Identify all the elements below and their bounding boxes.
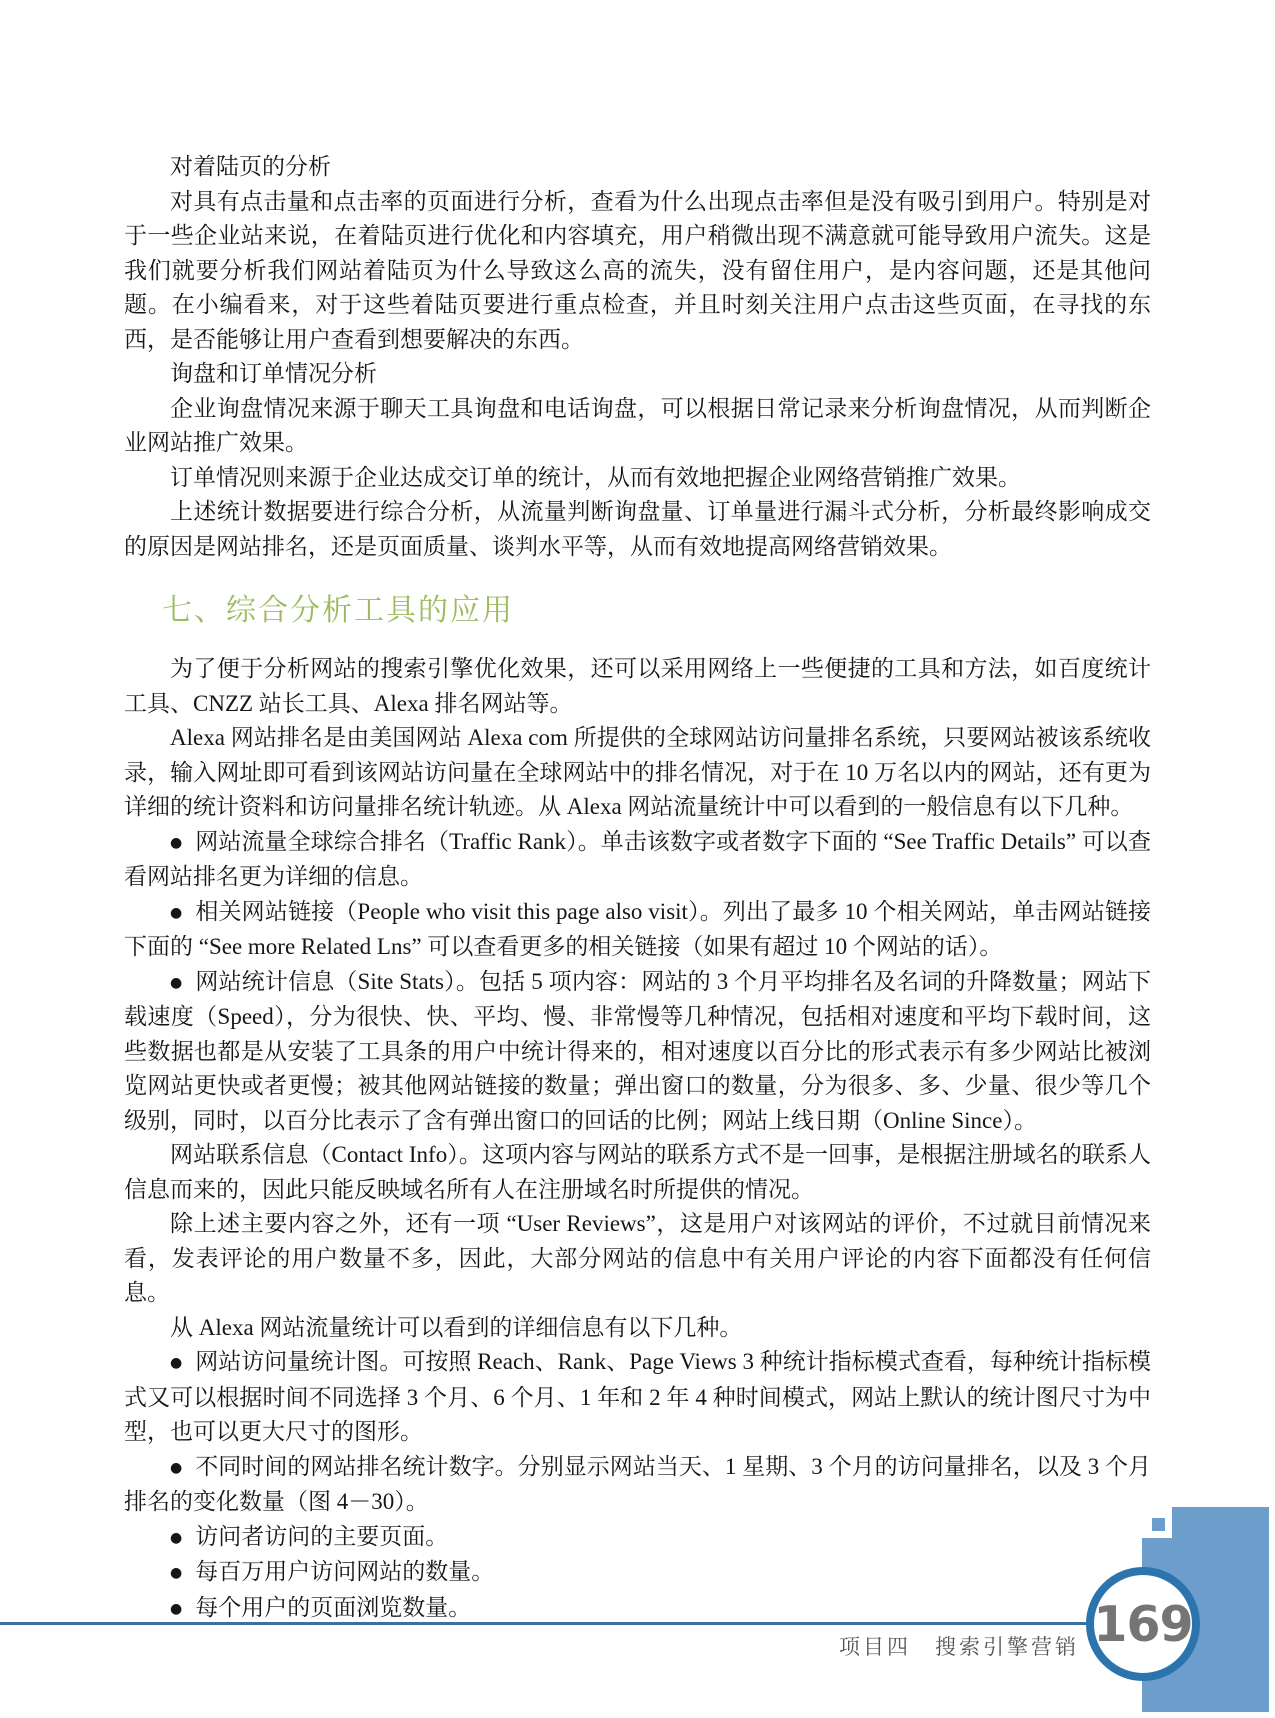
- list-item: ●网站访问量统计图。可按照 Reach、Rank、Page Views 3 种统…: [124, 1345, 1151, 1450]
- decorative-blue-square: [1152, 1518, 1165, 1531]
- bullet-icon: ●: [170, 1530, 182, 1546]
- list-item-text: 网站访问量统计图。可按照 Reach、Rank、Page Views 3 种统计…: [124, 1349, 1151, 1444]
- list-item-text: 不同时间的网站排名统计数字。分别显示网站当天、1 星期、3 个月的访问量排名，以…: [124, 1454, 1151, 1515]
- bullet-icon: ●: [170, 1601, 182, 1617]
- list-item: ●网站流量全球综合排名（Traffic Rank）。单击该数字或者数字下面的 “…: [124, 825, 1151, 895]
- bullet-icon: ●: [170, 905, 182, 921]
- bullet-icon: ●: [170, 835, 182, 851]
- chapter-footer-label: 项目四 搜索引擎营销: [839, 1631, 1079, 1661]
- list-item: ●访问者访问的主要页面。: [124, 1520, 1151, 1556]
- list-item-text: 网站流量全球综合排名（Traffic Rank）。单击该数字或者数字下面的 “S…: [124, 829, 1151, 890]
- decorative-blue-block-top: [1172, 1507, 1269, 1539]
- list-item: ●每个用户的页面浏览数量。: [124, 1591, 1151, 1627]
- list-item: ●不同时间的网站排名统计数字。分别显示网站当天、1 星期、3 个月的访问量排名，…: [124, 1450, 1151, 1520]
- paragraph: 从 Alexa 网站流量统计可以看到的详细信息有以下几种。: [124, 1311, 1151, 1346]
- list-item-text: 网站统计信息（Site Stats）。包括 5 项内容：网站的 3 个月平均排名…: [124, 969, 1151, 1133]
- bullet-icon: ●: [170, 1355, 182, 1371]
- section-heading: 七、综合分析工具的应用: [162, 591, 1151, 631]
- paragraph: 上述统计数据要进行综合分析，从流量判断询盘量、订单量进行漏斗式分析，分析最终影响…: [124, 495, 1151, 564]
- paragraph: 企业询盘情况来源于聊天工具询盘和电话询盘，可以根据日常记录来分析询盘情况，从而判…: [124, 392, 1151, 461]
- paragraph: 对具有点击量和点击率的页面进行分析，查看为什么出现点击率但是没有吸引到用户。特别…: [124, 185, 1151, 358]
- paragraph: 对着陆页的分析: [124, 150, 1151, 185]
- page-number-badge: 169: [1086, 1567, 1200, 1681]
- page-number: 169: [1093, 1596, 1192, 1653]
- list-item-text: 每个用户的页面浏览数量。: [195, 1595, 471, 1620]
- bullet-icon: ●: [170, 975, 182, 991]
- bullet-icon: ●: [170, 1460, 182, 1476]
- list-item: ●网站统计信息（Site Stats）。包括 5 项内容：网站的 3 个月平均排…: [124, 965, 1151, 1139]
- paragraph: 订单情况则来源于企业达成交订单的统计，从而有效地把握企业网络营销推广效果。: [124, 461, 1151, 496]
- footer-rule: [0, 1622, 1092, 1625]
- list-item: ●每百万用户访问网站的数量。: [124, 1555, 1151, 1591]
- list-item: ●相关网站链接（People who visit this page also …: [124, 895, 1151, 965]
- bullet-icon: ●: [170, 1565, 182, 1581]
- paragraph: 网站联系信息（Contact Info）。这项内容与网站的联系方式不是一回事，是…: [124, 1138, 1151, 1207]
- list-item-text: 访问者访问的主要页面。: [195, 1524, 448, 1549]
- document-body: 对着陆页的分析 对具有点击量和点击率的页面进行分析，查看为什么出现点击率但是没有…: [124, 150, 1151, 1626]
- paragraph: 为了便于分析网站的搜索引擎优化效果，还可以采用网络上一些便捷的工具和方法，如百度…: [124, 652, 1151, 721]
- list-item-text: 每百万用户访问网站的数量。: [195, 1559, 494, 1584]
- list-item-text: 相关网站链接（People who visit this page also v…: [124, 899, 1151, 960]
- paragraph: Alexa 网站排名是由美国网站 Alexa com 所提供的全球网站访问量排名…: [124, 721, 1151, 825]
- paragraph: 除上述主要内容之外，还有一项 “User Reviews”，这是用户对该网站的评…: [124, 1207, 1151, 1311]
- paragraph: 询盘和订单情况分析: [124, 357, 1151, 392]
